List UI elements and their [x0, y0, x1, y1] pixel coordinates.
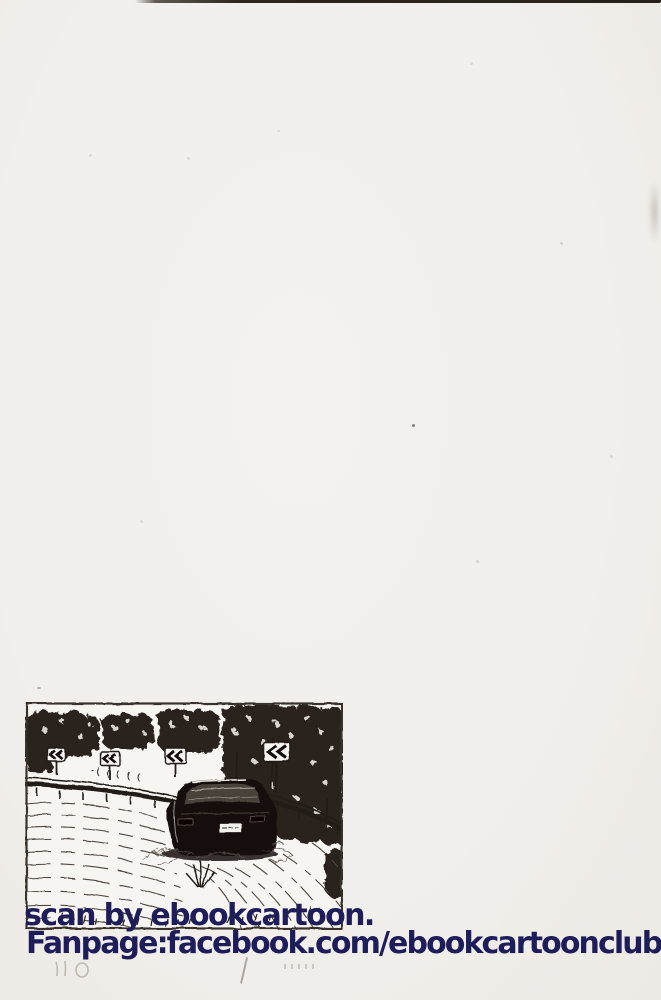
- pencil-noise: [240, 957, 248, 984]
- scan-speck: [560, 242, 563, 245]
- scanner-edge-artifact: [135, 0, 661, 3]
- taillight: [178, 819, 193, 825]
- scan-smudge: [648, 180, 659, 244]
- fanpage-url-text: Fanpage:facebook.com/ebookcartoonclub: [26, 929, 661, 959]
- pencil-noise: [284, 964, 314, 969]
- scan-speck: [412, 424, 415, 427]
- scan-speck: [187, 157, 190, 160]
- scanned-manga-page: scan by ebookcartoon. Fanpage:facebook.c…: [0, 0, 661, 1000]
- scan-speck: [37, 687, 41, 689]
- manga-panel-illustration: [25, 702, 343, 930]
- drifting-car: [162, 779, 278, 861]
- scan-speck: [470, 62, 473, 65]
- scan-speck: [476, 560, 479, 563]
- scan-speck: [277, 130, 280, 132]
- taillight: [250, 816, 265, 822]
- scan-speck: [610, 455, 613, 458]
- scan-speck: [89, 154, 92, 157]
- scan-speck: [140, 520, 143, 523]
